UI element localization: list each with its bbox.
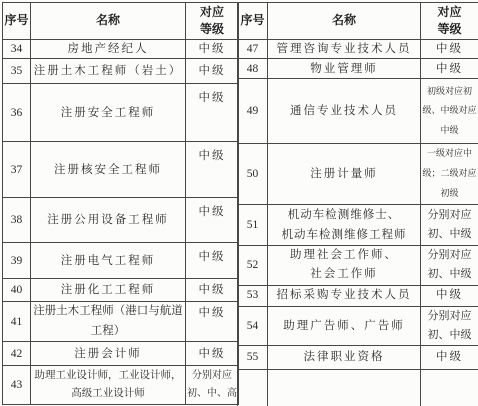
header-name-left: 名称 — [31, 3, 186, 40]
cell-name: 注册公用设备工程师 — [31, 198, 186, 243]
table-row: 51机动车检测维修士、 机动车检测维修工程师分别对应 初、中级 — [238, 204, 478, 245]
cell-level — [421, 370, 478, 406]
cell-level: 中级 — [421, 59, 478, 79]
cell-no: 48 — [238, 59, 268, 79]
table-row: 37注册核安全工程师中级 — [3, 142, 239, 198]
table-row: 55法律职业资格中级 — [238, 346, 478, 370]
cell-name: 法律职业资格 — [268, 346, 421, 370]
table-row: 48物业管理师中级 — [238, 59, 478, 79]
header-no-left: 序号 — [3, 3, 31, 40]
table-header-row: 序号 名称 对应 等级 — [3, 3, 239, 40]
cell-level: 中级 — [421, 346, 478, 370]
cell-name: 机动车检测维修士、 机动车检测维修工程师 — [268, 204, 421, 245]
header-no-right: 序号 — [238, 3, 268, 40]
cell-no: 52 — [238, 246, 268, 286]
table-row: 47管理咨询专业技术人员中级 — [238, 40, 478, 59]
cell-no: 40 — [3, 279, 31, 302]
header-level-left: 对应 等级 — [186, 3, 239, 40]
cell-no: 41 — [3, 302, 31, 342]
cell-name: 助理广告师、广告师 — [268, 306, 421, 346]
cell-name: 物业管理师 — [268, 59, 421, 79]
cell-level: 中级 — [186, 198, 239, 243]
cell-name: 注册计量师 — [268, 144, 421, 204]
cell-no: 34 — [3, 40, 31, 59]
cell-level: 分别对应 初、中级 — [421, 204, 478, 245]
table-row: 52助理社会工作师、 社会工作师分别对应 初、中级 — [238, 246, 478, 286]
table-right-body: 序号 名称 对应 等级 47管理咨询专业技术人员中级48物业管理师中级49通信专… — [238, 3, 478, 406]
cell-name: 注册会计师 — [31, 342, 186, 366]
cell-name: 助理社会工作师、 社会工作师 — [268, 246, 421, 286]
table-header-row: 序号 名称 对应 等级 — [238, 3, 478, 40]
cell-name: 招标采购专业技术人员 — [268, 285, 421, 306]
cell-no: 38 — [3, 198, 31, 243]
table-row: 42注册会计师中级 — [3, 342, 239, 366]
cell-level: 中级 — [186, 302, 239, 342]
table-row: 43助理工业设计师，工业设计师， 高级工业设计师分别对应 初、中、高 — [3, 366, 239, 405]
cell-no: 35 — [3, 59, 31, 84]
qualification-table-left: 序号 名称 对应 等级 34房地产经纪人中级35注册土木工程师（岩土）中级36注… — [2, 2, 239, 405]
table-row: 38注册公用设备工程师中级 — [3, 198, 239, 243]
cell-name: 助理工业设计师，工业设计师， 高级工业设计师 — [31, 366, 186, 405]
cell-level: 中级 — [421, 40, 478, 59]
cell-level: 中级 — [186, 279, 239, 302]
cell-no: 50 — [238, 144, 268, 204]
cell-no: 47 — [238, 40, 268, 59]
cell-no: 54 — [238, 306, 268, 346]
cell-name — [268, 370, 421, 406]
cell-no: 53 — [238, 285, 268, 306]
cell-level: 分别对应 初、中、高 — [186, 366, 239, 405]
header-level-right: 对应 等级 — [421, 3, 478, 40]
table-row: 49通信专业技术人员初级对应初 级、中级对应 中级 — [238, 79, 478, 144]
cell-no: 51 — [238, 204, 268, 245]
table-row: 40注册化工工程师中级 — [3, 279, 239, 302]
cell-name: 注册土木工程师（港口与航道 工程） — [31, 302, 186, 342]
table-left-body: 序号 名称 对应 等级 34房地产经纪人中级35注册土木工程师（岩土）中级36注… — [3, 3, 239, 405]
cell-level: 分别对应 初、中级 — [421, 306, 478, 346]
cell-no: 37 — [3, 142, 31, 198]
cell-no: 49 — [238, 79, 268, 144]
table-row: 54助理广告师、广告师分别对应 初、中级 — [238, 306, 478, 346]
cell-name: 注册电气工程师 — [31, 243, 186, 279]
table-row: 35注册土木工程师（岩土）中级 — [3, 59, 239, 84]
cell-name: 房地产经纪人 — [31, 40, 186, 59]
cell-name: 注册化工工程师 — [31, 279, 186, 302]
cell-name: 注册核安全工程师 — [31, 142, 186, 198]
cell-level: 中级 — [186, 342, 239, 366]
cell-name: 管理咨询专业技术人员 — [268, 40, 421, 59]
cell-name: 通信专业技术人员 — [268, 79, 421, 144]
cell-level: 分别对应 初、中级 — [421, 246, 478, 286]
cell-level: 中级 — [186, 40, 239, 59]
cell-level: 一级对应中 级；二级对应 初级 — [421, 144, 478, 204]
cell-no: 42 — [3, 342, 31, 366]
table-row: 34房地产经纪人中级 — [3, 40, 239, 59]
cell-level: 中级 — [186, 84, 239, 142]
table-row — [238, 370, 478, 406]
cell-name: 注册安全工程师 — [31, 84, 186, 142]
cell-level: 中级 — [421, 285, 478, 306]
document-page: 序号 名称 对应 等级 34房地产经纪人中级35注册土木工程师（岩土）中级36注… — [0, 0, 478, 406]
cell-no — [238, 370, 268, 406]
cell-level: 中级 — [186, 59, 239, 84]
table-row: 36注册安全工程师中级 — [3, 84, 239, 142]
cell-name: 注册土木工程师（岩土） — [31, 59, 186, 84]
cell-no: 43 — [3, 366, 31, 405]
table-row: 41注册土木工程师（港口与航道 工程）中级 — [3, 302, 239, 342]
cell-level: 中级 — [186, 142, 239, 198]
qualification-table-right: 序号 名称 对应 等级 47管理咨询专业技术人员中级48物业管理师中级49通信专… — [237, 2, 478, 406]
cell-no: 36 — [3, 84, 31, 142]
header-name-right: 名称 — [268, 3, 421, 40]
table-row: 39注册电气工程师中级 — [3, 243, 239, 279]
cell-level: 中级 — [186, 243, 239, 279]
cell-level: 初级对应初 级、中级对应 中级 — [421, 79, 478, 144]
cell-no: 55 — [238, 346, 268, 370]
table-row: 50注册计量师一级对应中 级；二级对应 初级 — [238, 144, 478, 204]
table-row: 53招标采购专业技术人员中级 — [238, 285, 478, 306]
cell-no: 39 — [3, 243, 31, 279]
